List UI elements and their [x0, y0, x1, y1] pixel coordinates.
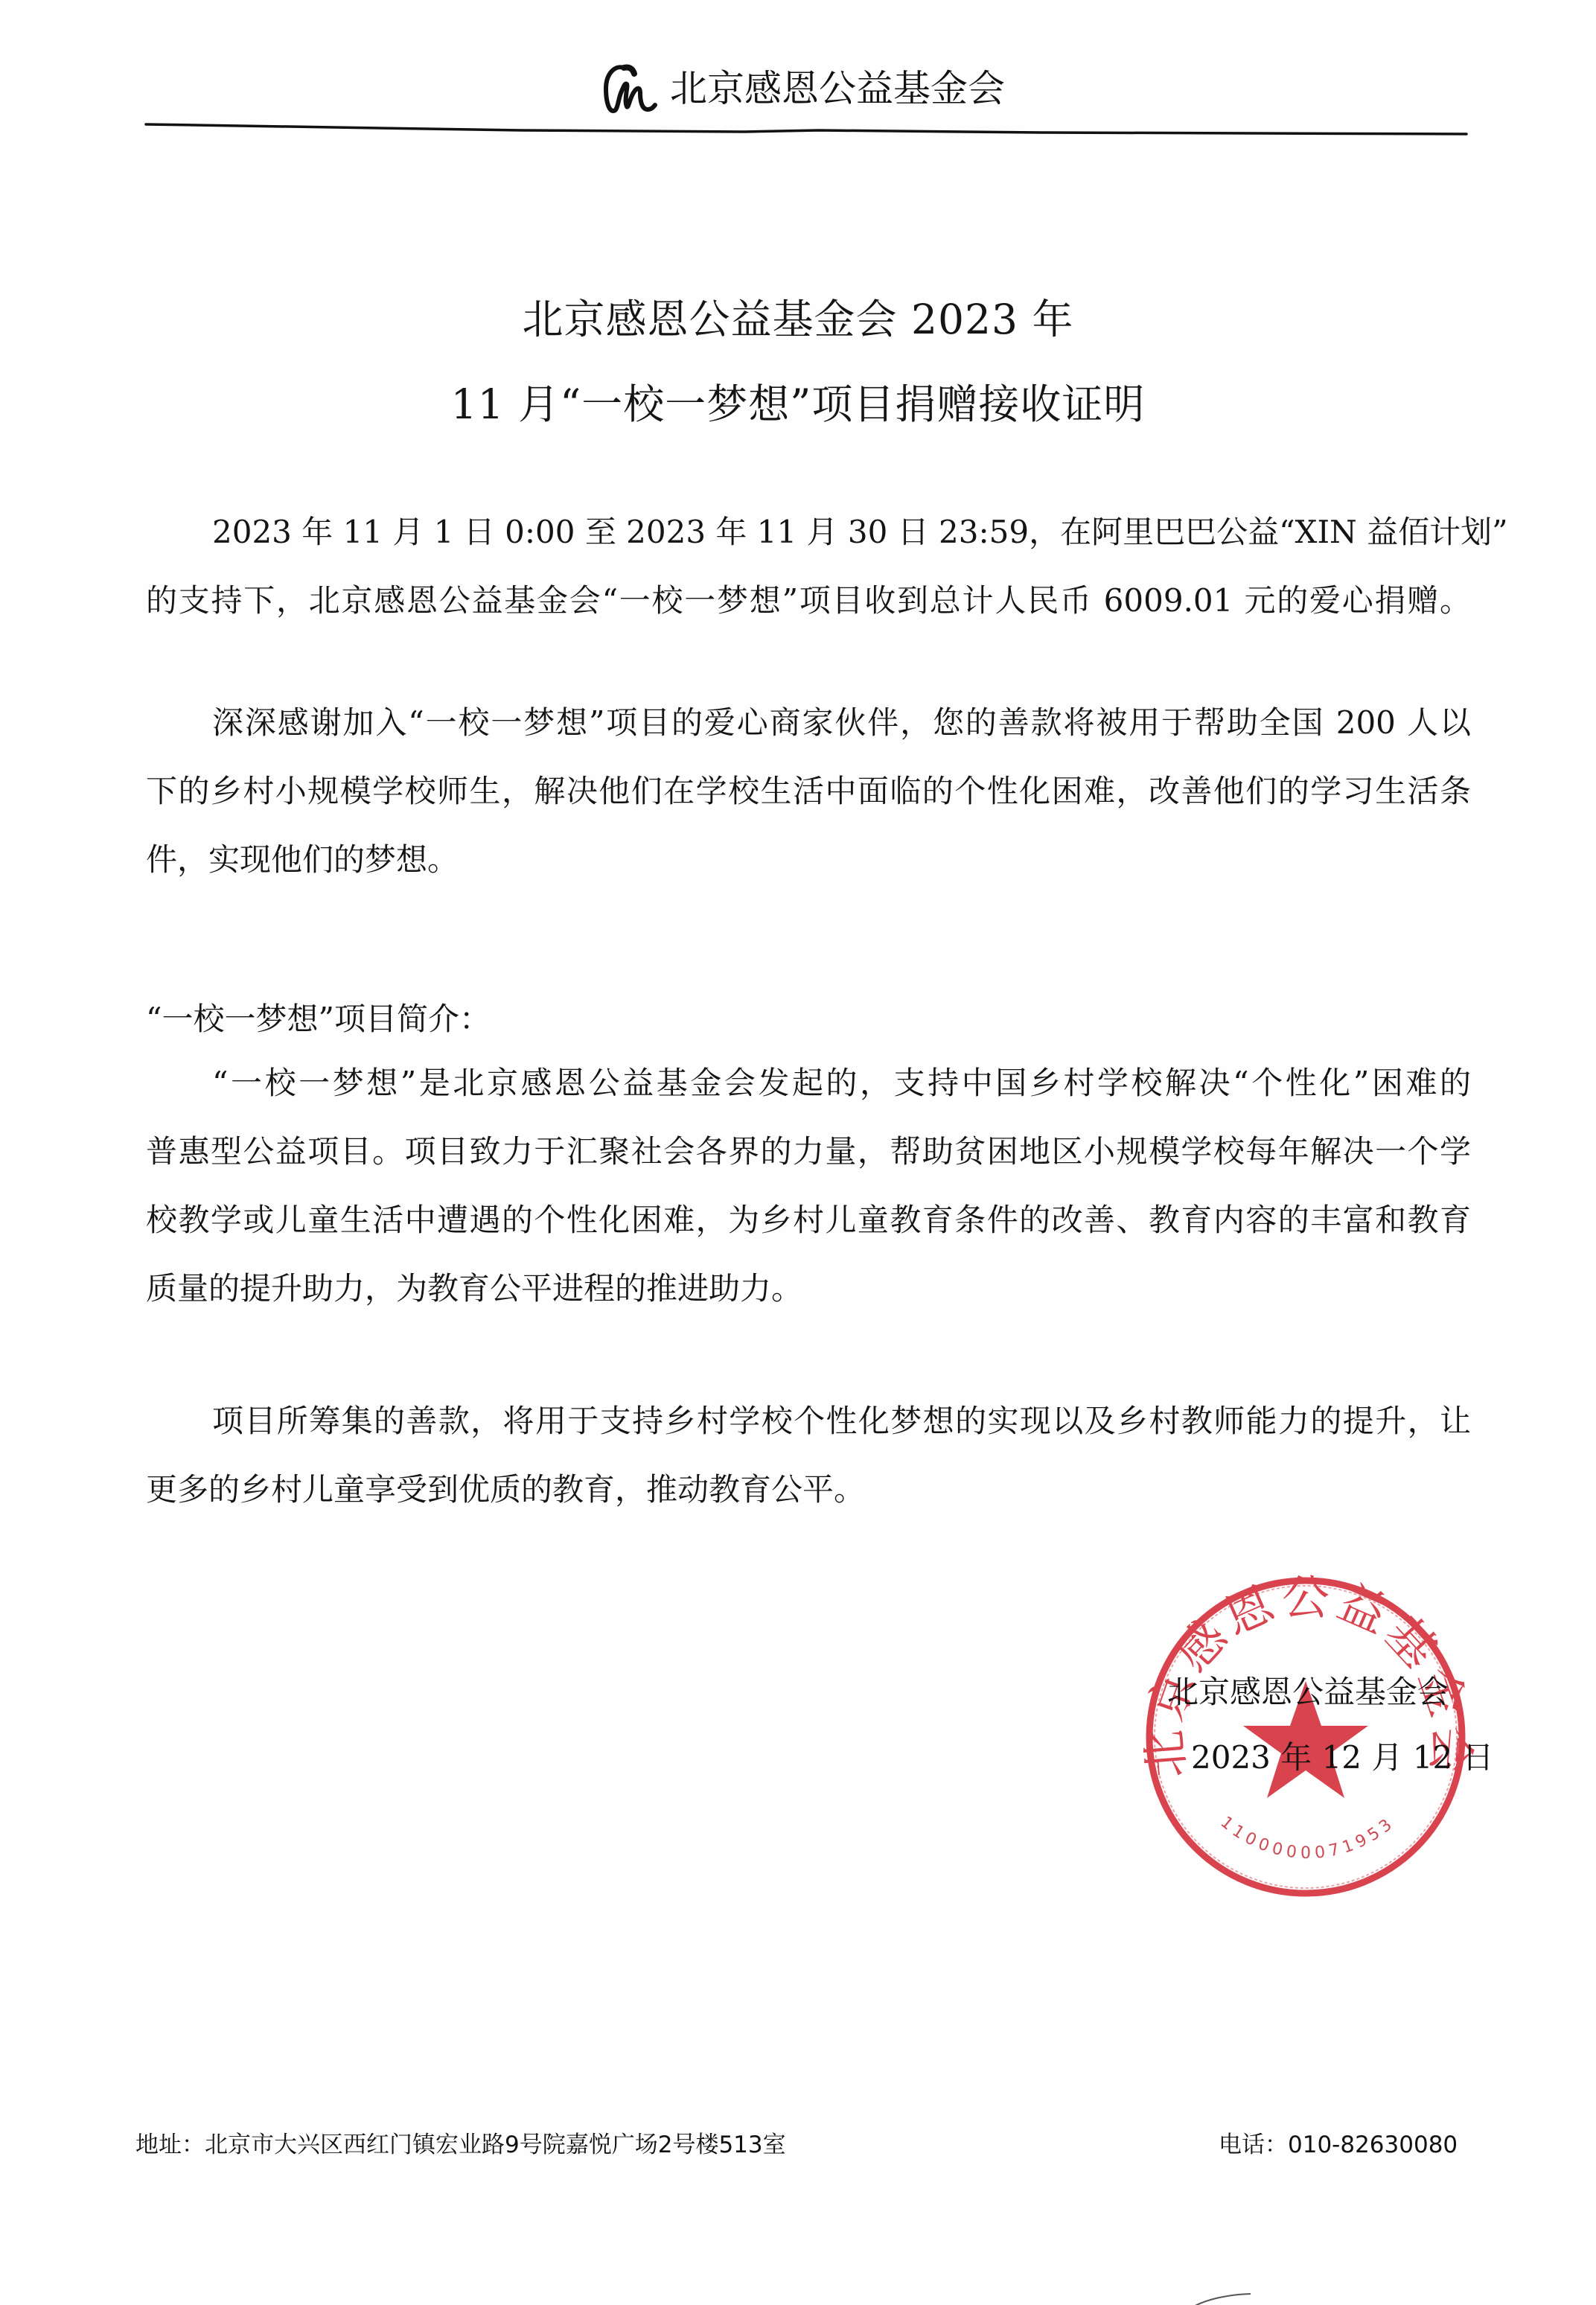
signature-date: 2023 年 12 月 12 日 — [1191, 1742, 1494, 1773]
foundation-logo-icon — [601, 63, 660, 114]
address-value: 北京市大兴区西红门镇宏业路9号院嘉悦广场2号楼513室 — [205, 2132, 786, 2158]
paragraph-line: 2023 年 11 月 1 日 0:00 至 2023 年 11 月 30 日 … — [212, 517, 1471, 548]
paragraph-line: 普惠型公益项目。项目致力于汇聚社会各界的力量，帮助贫困地区小规模学校每年解决一个… — [146, 1136, 1471, 1167]
phone-label: 电话： — [1219, 2132, 1288, 2158]
paragraph-line: 更多的乡村儿童享受到优质的教育，推动教育公平。 — [146, 1474, 1471, 1505]
project-intro-heading: “一校一梦想”项目简介： — [146, 1004, 491, 1035]
official-seal-stamp: 北京感恩公益基金会 1100000071953 — [1140, 1569, 1475, 1904]
signature-org-name: 北京感恩公益基金会 — [1167, 1677, 1449, 1708]
footer-address: 地址：北京市大兴区西红门镇宏业路9号院嘉悦广场2号楼513室 — [135, 2134, 786, 2157]
paragraph-line: 质量的提升助力，为教育公平进程的推进助力。 — [146, 1273, 1471, 1304]
address-label: 地址： — [135, 2132, 205, 2158]
paragraph-line: 下的乡村小规模学校师生，解决他们在学校生活中面临的个性化困难，改善他们的学习生活… — [146, 776, 1471, 807]
scan-artifact-mark — [1184, 2278, 1265, 2305]
document-title-line-1: 北京感恩公益基金会 2023 年 — [0, 299, 1596, 340]
paragraph-line: 校教学或儿童生活中遭遇的个性化困难，为乡村儿童教育条件的改善、教育内容的丰富和教… — [146, 1205, 1471, 1236]
paragraph-line: 的支持下，北京感恩公益基金会“一校一梦想”项目收到总计人民币 6009.01 元… — [146, 585, 1471, 616]
svg-text:1100000071953: 1100000071953 — [1217, 1813, 1399, 1863]
letterhead-org-name: 北京感恩公益基金会 — [670, 70, 1005, 107]
paragraph-line: 件，实现他们的梦想。 — [146, 844, 1471, 876]
letterhead-logo: 北京感恩公益基金会 — [601, 63, 1005, 115]
paragraph-line: 深深感谢加入“一校一梦想”项目的爱心商家伙伴，您的善款将被用于帮助全国 200 … — [212, 707, 1471, 739]
paragraph-line: 项目所筹集的善款，将用于支持乡村学校个性化梦想的实现以及乡村教师能力的提升，让 — [212, 1406, 1471, 1437]
phone-value: 010-82630080 — [1288, 2132, 1458, 2158]
document-title-line-2: 11 月“一校一梦想”项目捐赠接收证明 — [0, 384, 1596, 425]
paragraph-line: “一校一梦想”是北京感恩公益基金会发起的，支持中国乡村学校解决“个性化”困难的 — [212, 1068, 1471, 1099]
footer-phone: 电话：010-82630080 — [1219, 2134, 1458, 2157]
